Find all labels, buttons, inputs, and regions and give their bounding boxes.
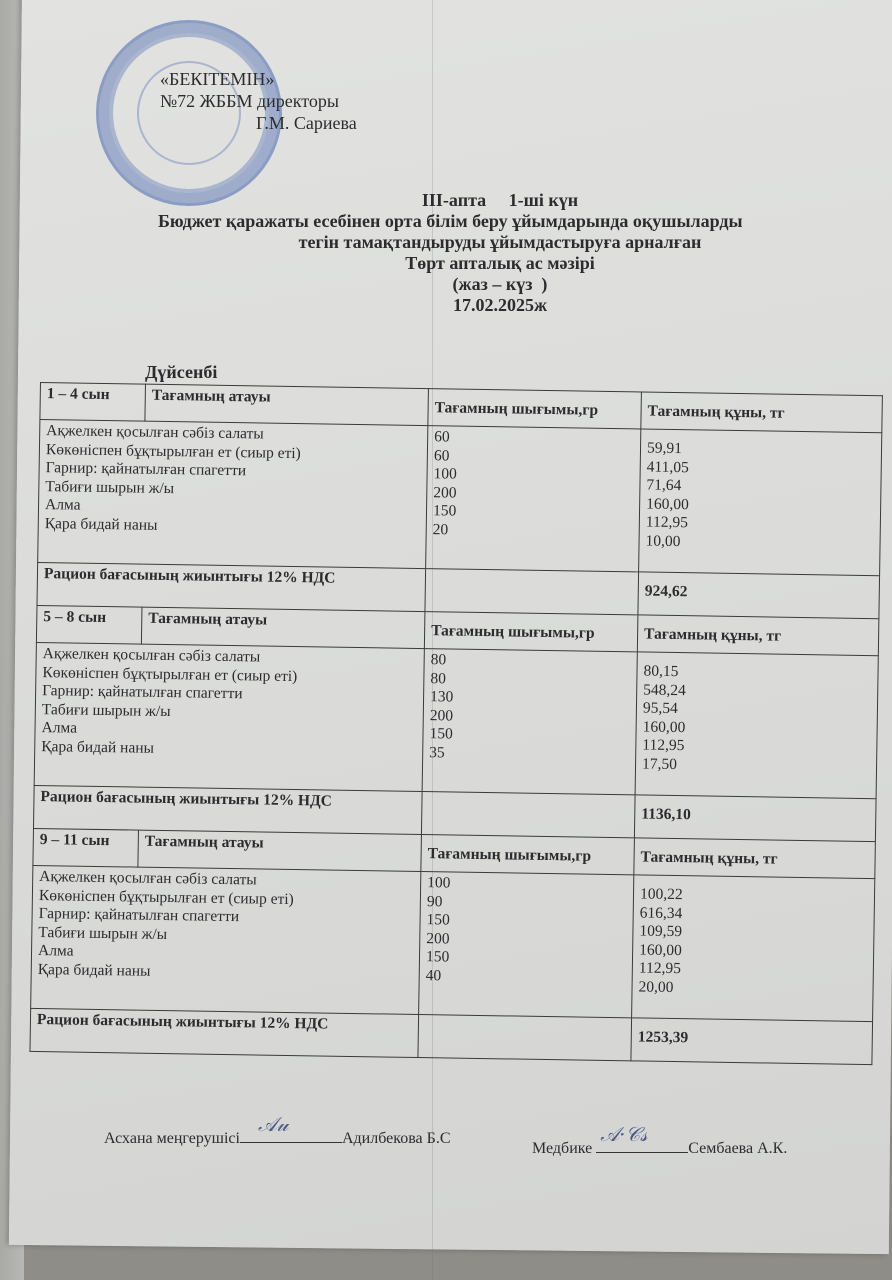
canteen-head-name: Адилбекова Б.С bbox=[342, 1130, 451, 1147]
yield-header: Тағамның шығымы,гр bbox=[424, 612, 638, 652]
dish-cost: 17,50 bbox=[642, 755, 870, 777]
dish-list-row: Ақжелкен қосылған сәбіз салатыКөкөніспен… bbox=[34, 642, 878, 798]
dish-cost: 20,00 bbox=[638, 978, 866, 1000]
signature-scribble-icon: 𝒜·𝒞𝓈 bbox=[600, 1122, 647, 1146]
title-line-1: Бюджет қаражаты есебінен орта білім беру… bbox=[158, 211, 850, 232]
nurse-name: Сембаева А.К. bbox=[688, 1140, 787, 1157]
day-name: Дүйсенбі bbox=[145, 362, 217, 383]
approval-block: «БЕКІТЕМІН» №72 ЖББМ директоры Г.М. Сари… bbox=[160, 68, 357, 134]
menu-table: 1 – 4 сынТағамның атауыТағамның шығымы,г… bbox=[29, 382, 882, 1065]
dish-names-cell: Ақжелкен қосылған сәбіз салатыКөкөніспен… bbox=[34, 642, 424, 791]
week-day-label: ІІІ-апта 1-ші күн bbox=[150, 190, 850, 211]
approval-director-name: Г.М. Сариева bbox=[160, 112, 357, 134]
grade-label: 1 – 4 сын bbox=[40, 383, 146, 422]
signature-scribble-icon: 𝒜𝓊 bbox=[258, 1112, 288, 1136]
dish-name-header: Тағамның атауы bbox=[145, 384, 429, 425]
signature-line: 𝒜𝓊 bbox=[240, 1128, 342, 1143]
dish-yield: 20 bbox=[433, 521, 633, 543]
dish-yield: 35 bbox=[429, 744, 629, 766]
cost-header: Тағамның құны, тг bbox=[637, 615, 879, 656]
total-label: Рацион бағасының жиынтығы 12% НДС bbox=[33, 785, 422, 834]
total-empty-cell bbox=[425, 569, 639, 615]
nurse-signature: Медбике 𝒜·𝒞𝓈Сембаева А.К. bbox=[532, 1138, 787, 1158]
canteen-head-label: Асхана меңгерушісі bbox=[104, 1130, 240, 1147]
total-value: 1136,10 bbox=[634, 795, 876, 842]
yields-cell: 808013020015035 bbox=[422, 649, 637, 795]
dish-list-row: Ақжелкен қосылған сәбіз салатыКөкөніспен… bbox=[31, 865, 875, 1021]
total-empty-cell bbox=[418, 1015, 632, 1061]
cost-header: Тағамның құны, тг bbox=[634, 838, 876, 879]
dish-cost: 10,00 bbox=[645, 532, 873, 554]
dish-list-row: Ақжелкен қосылған сәбіз салатыКөкөніспен… bbox=[38, 420, 882, 576]
document-header: ІІІ-апта 1-ші күн Бюджет қаражаты есебін… bbox=[150, 190, 850, 316]
dish-name-header: Тағамның атауы bbox=[141, 607, 425, 648]
total-value: 1253,39 bbox=[631, 1018, 873, 1065]
total-label: Рацион бағасының жиынтығы 12% НДС bbox=[37, 562, 426, 611]
season-label: (жаз – күз ) bbox=[150, 274, 850, 295]
costs-cell: 59,91411,0571,64160,00112,9510,00 bbox=[639, 429, 882, 576]
yields-cell: 1009015020015040 bbox=[419, 872, 634, 1018]
total-value: 924,62 bbox=[638, 572, 880, 619]
yield-header: Тағамның шығымы,гр bbox=[421, 835, 635, 875]
total-label: Рацион бағасының жиынтығы 12% НДС bbox=[30, 1008, 419, 1057]
title-line-3: Төрт апталық ас мәзірі bbox=[150, 253, 850, 274]
yield-header: Тағамның шығымы,гр bbox=[428, 389, 642, 429]
costs-cell: 80,15548,2495,54160,00112,9517,50 bbox=[635, 652, 878, 799]
canteen-head-signature: Асхана меңгерушісі𝒜𝓊Адилбекова Б.С bbox=[104, 1128, 451, 1148]
approval-position: №72 ЖББМ директоры bbox=[160, 90, 357, 112]
costs-cell: 100,22616,34109,59160,00112,9520,00 bbox=[632, 875, 875, 1022]
grade-label: 9 – 11 сын bbox=[33, 828, 139, 867]
menu-date: 17.02.2025ж bbox=[150, 295, 850, 316]
grade-label: 5 – 8 сын bbox=[36, 605, 142, 644]
nurse-label: Медбике bbox=[532, 1140, 592, 1157]
dish-yield: 40 bbox=[426, 967, 626, 989]
dish-names-cell: Ақжелкен қосылған сәбіз салатыКөкөніспен… bbox=[31, 865, 421, 1014]
dish-names-cell: Ақжелкен қосылған сәбіз салатыКөкөніспен… bbox=[38, 420, 428, 569]
title-line-2: тегін тамақтандыруды ұйымдастыруға арнал… bbox=[150, 232, 850, 253]
cost-header: Тағамның құны, тг bbox=[641, 392, 883, 433]
dish-name-header: Тағамның атауы bbox=[138, 830, 422, 871]
approval-title: «БЕКІТЕМІН» bbox=[160, 68, 357, 90]
yields-cell: 606010020015020 bbox=[426, 426, 641, 572]
signature-line: 𝒜·𝒞𝓈 bbox=[596, 1138, 688, 1153]
total-empty-cell bbox=[421, 792, 635, 838]
